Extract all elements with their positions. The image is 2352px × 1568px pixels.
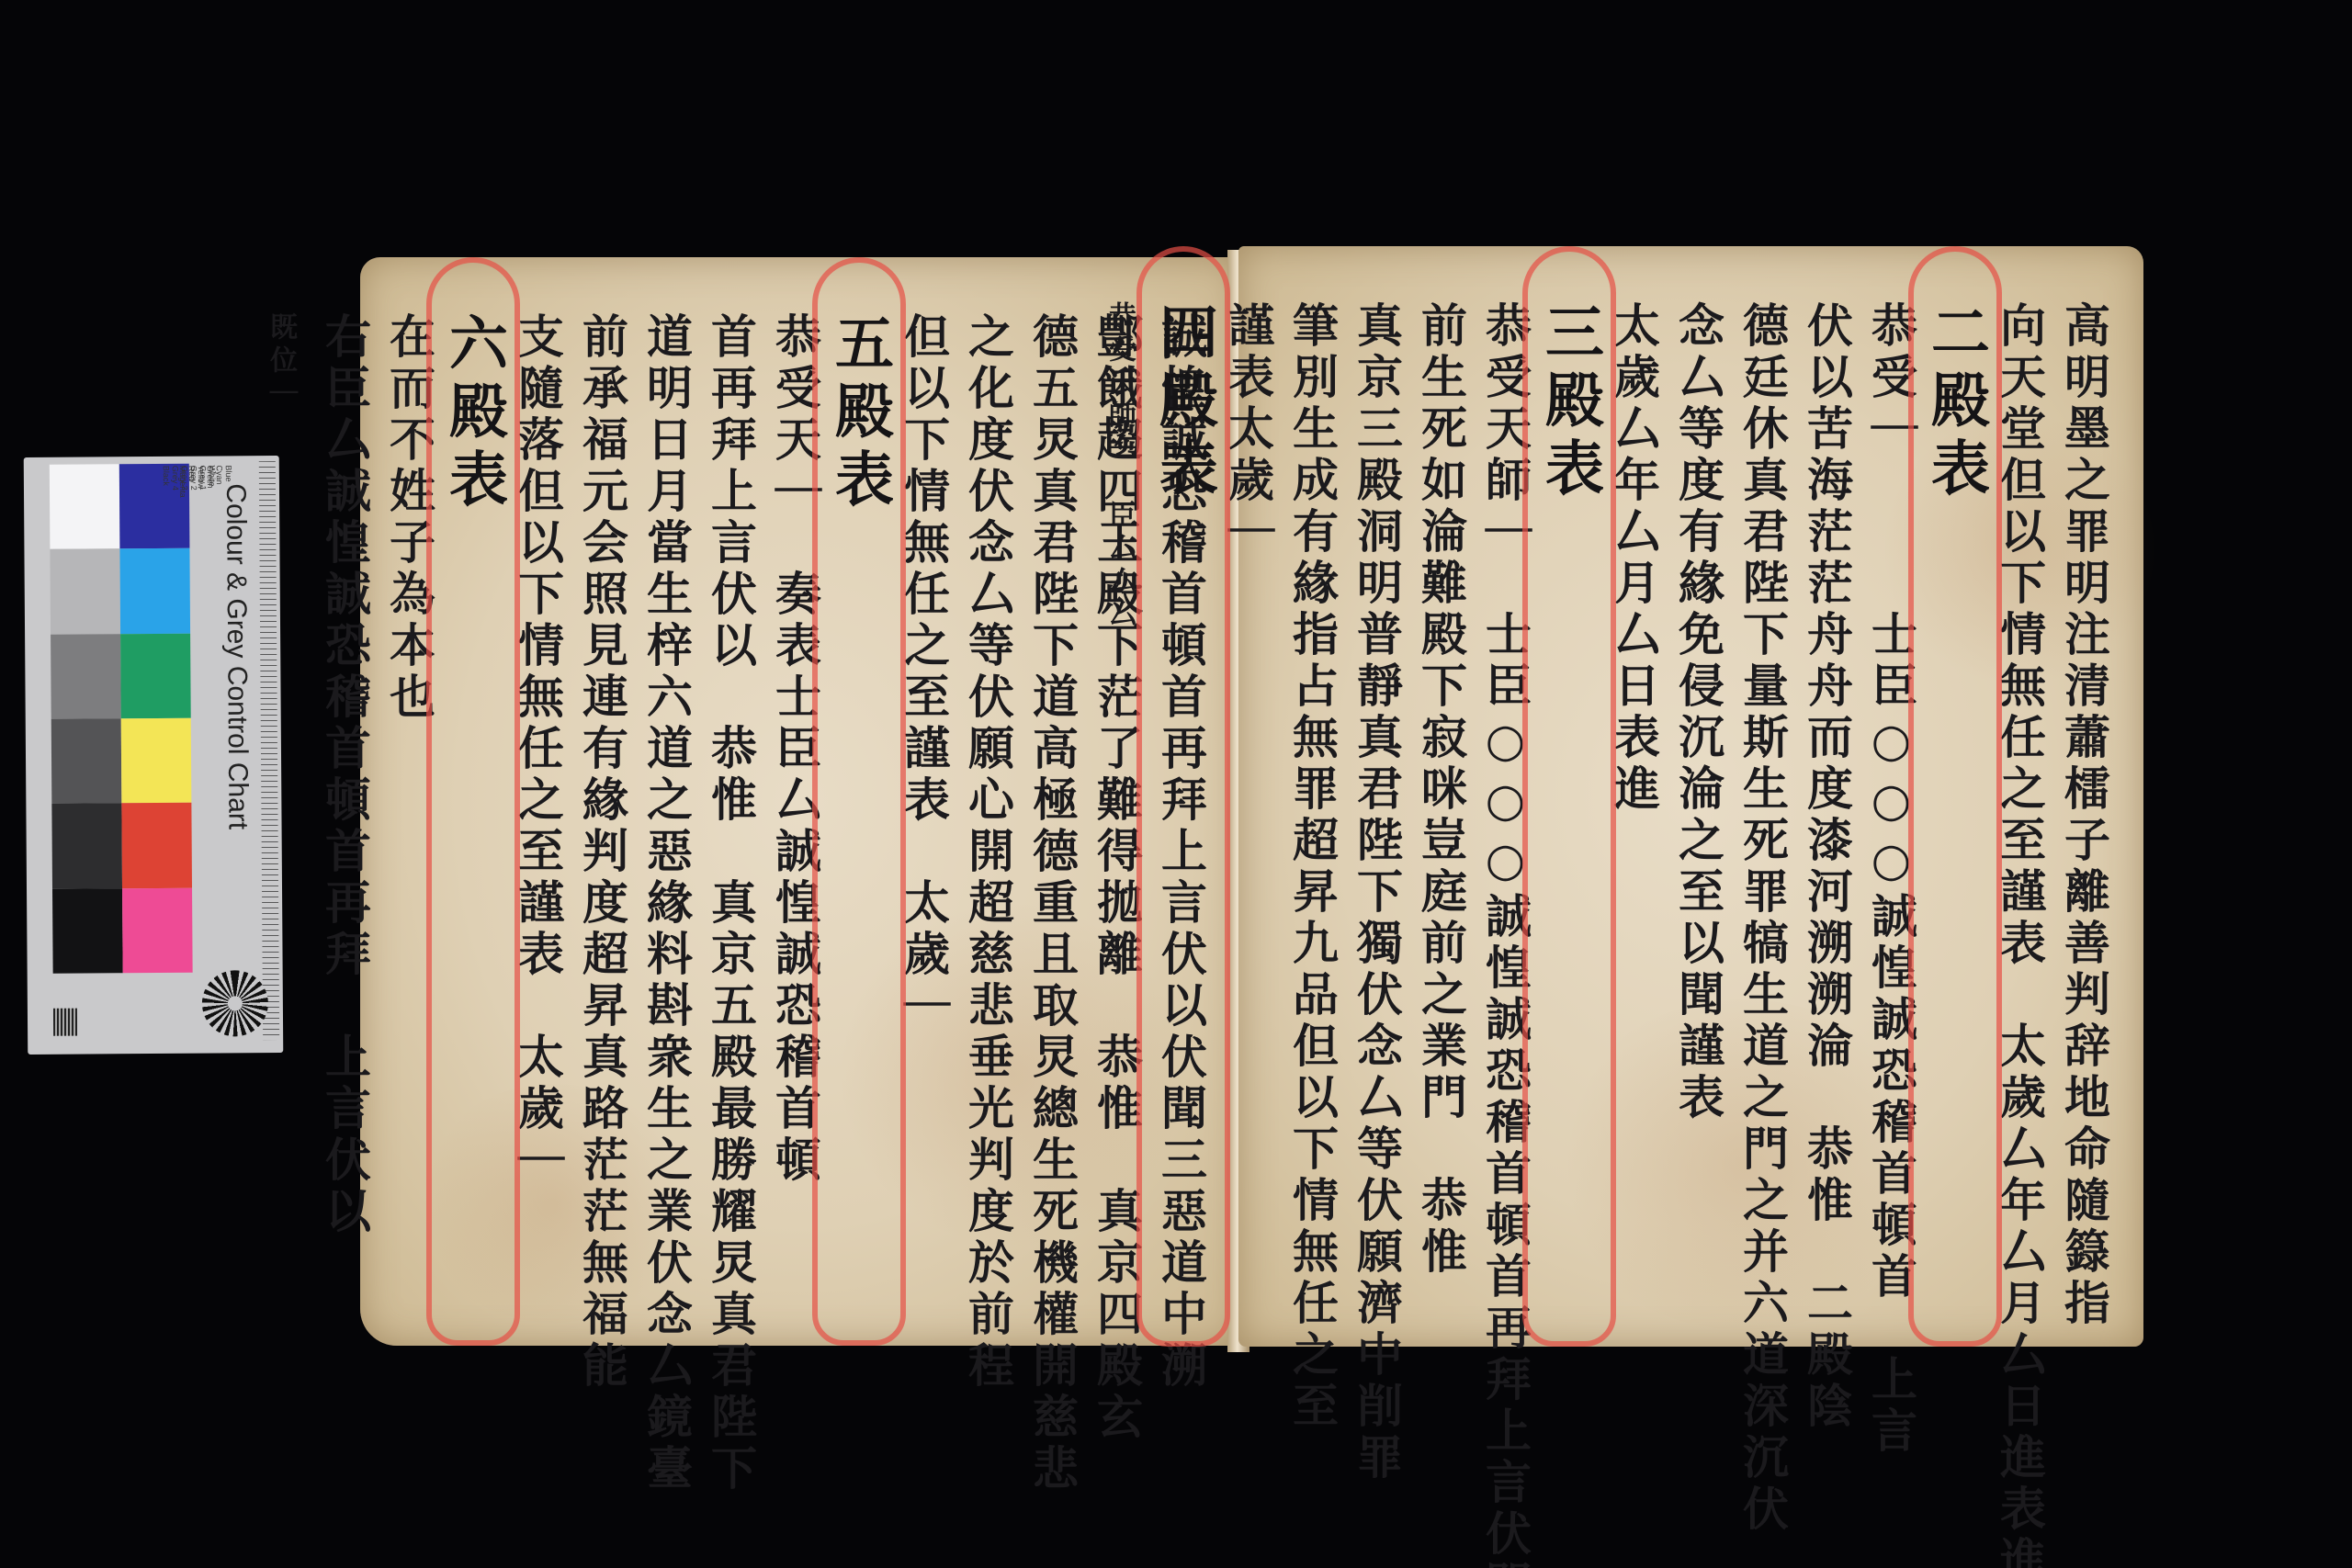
swatch-grey-2 [51,634,121,719]
section-heading: 五殿表 [827,312,891,1309]
text-column: 道明日月當生梓六道之惡緣料斟衆生之業伏念厶鏡臺 [634,312,698,1309]
swatch-grey-1 [50,549,120,635]
section-heading: 六殿表 [441,312,505,1309]
section-heading: 二殿表 [1923,301,1987,1310]
text-column: 德五炅真君陛下道高極德重且取炅總生死機權開慈悲 [1020,312,1084,1309]
text-column: 前承福元会照見連有緣判度超昇真路茫茫無福能 [570,312,634,1309]
text-column: 念厶等度有緣免侵沉淪之至以聞謹表 [1666,301,1730,1310]
colour-grey-control-chart: WhiteGrey 1Grey 2Grey 3Grey 4Black BlueC… [24,456,284,1055]
text-column: 真京三殿洞明普靜真君陛下獨伏念厶等伏願濟中削罪 [1344,301,1408,1310]
barcode-icon [53,1009,77,1036]
swatch-grey-3 [51,718,122,804]
text-column: 高明墨之罪明注清蕭檑子離善判辞地命隨籙指 [2052,301,2116,1310]
text-column: 筆別生成有緣指占無罪超昇九品但以下情無任之至 [1280,301,1344,1310]
swatch-grey-4 [51,804,122,889]
text-column: 首再拜上言伏以 恭惟 真京五殿最勝耀炅真君陛下 [698,312,763,1309]
text-column: 之化度伏念厶等伏願心開超慈悲垂光判度於前程 [955,312,1020,1309]
manuscript-right-page: 高明墨之罪明注清蕭檑子離善判辞地命隨籙指向天堂但以下情無任之至謹表 太歲厶年厶月… [1238,246,2143,1347]
swatch-white [50,464,120,549]
right-page-columns: 高明墨之罪明注清蕭檑子離善判辞地命隨籙指向天堂但以下情無任之至謹表 太歲厶年厶月… [1266,301,2116,1310]
text-column: 既位｜ [248,312,312,1309]
text-column: 前生死如淪難殿下寂咪豈庭前之業門 恭惟 [1408,301,1473,1310]
text-column: 伏以苦海茫茫舟舟而度漆河溯溯淪 恭惟 二殿陰 [1794,301,1859,1310]
swatch-black [52,888,123,974]
text-column: 德廷休真君陛下量斯生死罪犒生道之門之并六道深沉伏 [1730,301,1794,1310]
section-heading: 三殿表 [1537,301,1601,1310]
text-column: 右臣厶誠惶誠恐稽首頓首再拜 上言伏以 [312,312,377,1309]
section-heading: 四殿表 [1151,301,1216,1310]
